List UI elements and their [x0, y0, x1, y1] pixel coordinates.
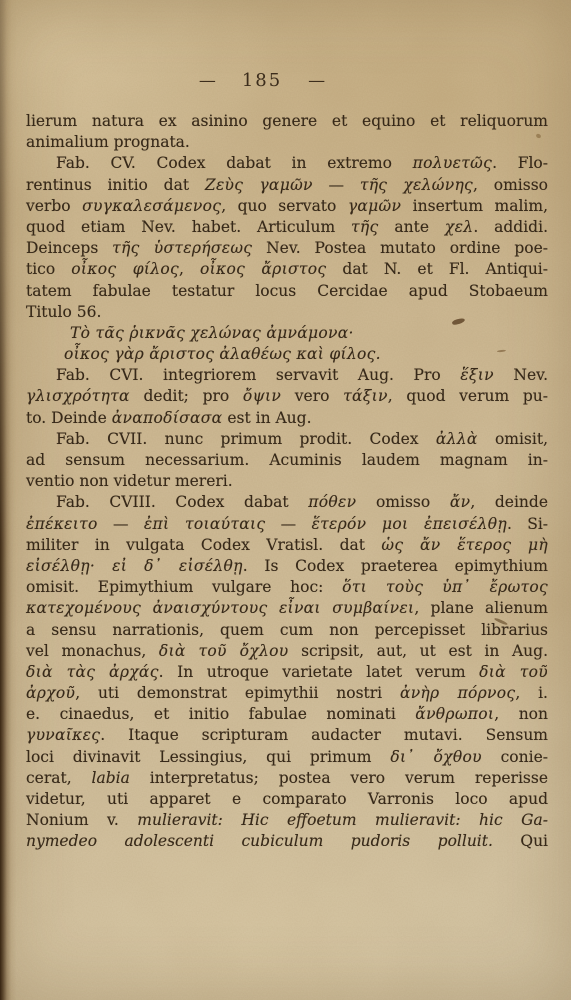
latin-text-run: Qui — [493, 832, 548, 850]
greek-text-run: κατεχομένους ἀναισχύντους εἶναι συμβαίνε… — [26, 599, 414, 617]
greek-text-run: ἀνὴρ πόρνος — [400, 684, 515, 702]
latin-text-run: , quod verum pu- — [388, 387, 548, 405]
greek-text-run: οἶκος γὰρ ἄριστος ἀλαθέως καὶ φίλος. — [64, 345, 381, 363]
italic-text-run: labia — [92, 769, 130, 787]
latin-text-run: vel monachus, — [26, 642, 159, 660]
greek-text-run: δι᾽ ὄχθου — [390, 748, 481, 766]
latin-text-run: ventio non videtur mereri. — [26, 472, 233, 490]
greek-text-run: γλισχρότητα — [26, 387, 130, 405]
latin-text-run: e. cinaedus, et initio fabulae nominati — [26, 705, 415, 723]
latin-text-run: , i. — [515, 684, 548, 702]
latin-text-run: cerat, — [26, 769, 92, 787]
latin-text-run: verbo — [26, 197, 82, 215]
text-line: quod etiam Nev. habet. Articulum τῆς ant… — [26, 217, 548, 238]
latin-text-run: tatem fabulae testatur locus Cercidae ap… — [26, 282, 548, 300]
italic-text-run: mulieravit: Hic effoetum mulieravit: hic… — [137, 811, 548, 829]
latin-text-run: conie- — [482, 748, 548, 766]
italic-text-run: nymedeo adolescenti cubiculum pudoris po… — [26, 832, 493, 850]
latin-text-run: . Si- — [507, 515, 548, 533]
greek-text-run: ἄνθρωποι — [415, 705, 494, 723]
text-line: Deinceps τῆς ὑστερήσεως Nev. Postea muta… — [26, 238, 548, 259]
latin-text-run: , quo servato — [221, 197, 348, 215]
text-line: Fab. CV. Codex dabat in extremo πολυετῶς… — [26, 153, 548, 174]
latin-text-run: — — [265, 515, 311, 533]
text-line: Fab. CVIII. Codex dabat πόθεν omisso ἄν,… — [26, 492, 548, 513]
latin-text-run: , deinde — [470, 493, 548, 511]
greek-text-run: ὄψιν — [243, 387, 281, 405]
greek-text-run: οἶκος ἄριστος — [200, 260, 326, 278]
latin-text-run: omisit, — [478, 430, 548, 448]
latin-text-run: , non — [494, 705, 548, 723]
latin-text-run: Fab. CVI. integriorem servavit Aug. Pro — [56, 366, 460, 384]
text-line: tico οἶκος φίλος, οἶκος ἄριστος dat N. e… — [26, 259, 548, 280]
greek-text-run: πολυετῶς — [413, 154, 492, 172]
latin-text-run: , omisso — [473, 176, 548, 194]
greek-text-run: τῆς — [351, 218, 378, 236]
text-line: ad sensum necessarium. Acuminis laudem m… — [26, 450, 548, 471]
text-line: Titulo 56. — [26, 302, 548, 323]
text-line: videtur, uti apparet e comparato Varroni… — [26, 789, 548, 810]
latin-text-run: tico — [26, 260, 71, 278]
text-line: omisit. Epimythium vulgare hoc: ὅτι τοὺς… — [26, 577, 548, 598]
latin-text-run: , uti demonstrat epimythii nostri — [75, 684, 400, 702]
latin-text-run: lierum natura ex asinino genere et equin… — [26, 112, 548, 130]
text-block: lierum natura ex asinino genere et equin… — [26, 111, 548, 853]
greek-text-run: ἕτερόν μοι ἐπεισέλθῃ — [312, 515, 507, 533]
text-line: Fab. CVII. nunc primum prodit. Codex ἀλλ… — [26, 429, 548, 450]
book-binding-edge — [0, 0, 16, 1000]
latin-text-run: videtur, uti apparet e comparato Varroni… — [26, 790, 548, 808]
latin-text-run: — — [98, 515, 144, 533]
greek-text-run: διὰ τοῦ ὄχλου — [159, 642, 289, 660]
text-line: loci divinavit Lessingius, qui primum δι… — [26, 747, 548, 768]
latin-text-run: Nev. — [494, 366, 548, 384]
header-right-dash: — — [308, 71, 325, 91]
latin-text-run: quod etiam Nev. habet. Articulum — [26, 218, 351, 236]
greek-text-run: εἰσέλθῃ· εἰ δ᾽ εἰσέλθῃ — [26, 557, 243, 575]
latin-text-run: omisit. Epimythium vulgare hoc: — [26, 578, 342, 596]
latin-text-run: interpretatus; postea vero verum reperis… — [130, 769, 548, 787]
text-line: vel monachus, διὰ τοῦ ὄχλου scripsit, au… — [26, 641, 548, 662]
latin-text-run: . Is Codex praeterea epimythium — [243, 557, 548, 575]
greek-text-run: τάξιν — [343, 387, 388, 405]
latin-text-run: Fab. CV. Codex dabat in extremo — [56, 154, 413, 172]
latin-text-run: Fab. CVII. nunc primum prodit. Codex — [56, 430, 436, 448]
latin-text-run: ad sensum necessarium. Acuminis laudem m… — [26, 451, 548, 469]
page-header: — 185 — — [26, 70, 498, 91]
text-line: ἐπέκειτο — ἐπὶ τοιαύταις — ἕτερόν μοι ἐπ… — [26, 514, 548, 535]
latin-text-run: scripsit, aut, ut est in Aug. — [288, 642, 548, 660]
greek-text-run: πόθεν — [308, 493, 356, 511]
greek-text-run: ὅτι τοὺς ὑπ᾽ ἔρωτος — [342, 578, 548, 596]
latin-text-run: loci divinavit Lessingius, qui primum — [26, 748, 390, 766]
header-left-dash: — — [199, 71, 216, 91]
greek-text-run: τῆς ὑστερήσεως — [112, 239, 252, 257]
latin-text-run: omisso — [356, 493, 449, 511]
greek-text-run: ἀρχοῦ — [26, 684, 75, 702]
page-number: 185 — [242, 70, 282, 91]
text-line: Fab. CVI. integriorem servavit Aug. Pro … — [26, 365, 548, 386]
text-line: εἰσέλθῃ· εἰ δ᾽ εἰσέλθῃ. Is Codex praeter… — [26, 556, 548, 577]
latin-text-run: Titulo 56. — [26, 303, 101, 321]
latin-text-run: Nev. Postea mutato ordine poe- — [252, 239, 548, 257]
text-line: to. Deinde ἀναποδίσασα est in Aug. — [26, 408, 548, 429]
greek-text-run: ἐπέκειτο — [26, 515, 98, 533]
latin-text-run: est in Aug. — [222, 409, 311, 427]
text-line: Τὸ τᾶς ῥικνᾶς χελώνας ἀμνάμονα· — [26, 323, 548, 344]
text-line: e. cinaedus, et initio fabulae nominati … — [26, 704, 548, 725]
latin-text-run: , plane alienum — [414, 599, 548, 617]
text-line: κατεχομένους ἀναισχύντους εἶναι συμβαίνε… — [26, 598, 548, 619]
text-line: tatem fabulae testatur locus Cercidae ap… — [26, 281, 548, 302]
latin-text-run: militer in vulgata Codex Vratisl. dat — [26, 536, 381, 554]
latin-text-run: vero — [281, 387, 343, 405]
latin-text-run: rentinus initio dat — [26, 176, 205, 194]
text-line: Nonium v. mulieravit: Hic effoetum mulie… — [26, 810, 548, 831]
latin-text-run: dedit; pro — [130, 387, 243, 405]
latin-text-run: Fab. CVIII. Codex dabat — [56, 493, 308, 511]
latin-text-run: . addidi. — [473, 218, 548, 236]
greek-text-run: Τὸ τᾶς ῥικνᾶς χελώνας ἀμνάμονα· — [70, 324, 354, 342]
greek-text-run: ἀλλὰ — [436, 430, 478, 448]
text-line: ventio non videtur mereri. — [26, 471, 548, 492]
latin-text-run: ante — [378, 218, 444, 236]
text-line: rentinus initio dat Ζεὺς γαμῶν — τῆς χελ… — [26, 175, 548, 196]
greek-text-run: οἶκος φίλος — [71, 260, 179, 278]
text-line: animalium prognata. — [26, 132, 548, 153]
latin-text-run: Nonium v. — [26, 811, 137, 829]
text-line: οἶκος γὰρ ἄριστος ἀλαθέως καὶ φίλος. — [26, 344, 548, 365]
greek-text-run: ἕξιν — [460, 366, 494, 384]
greek-text-run: τῆς χελώνης — [360, 176, 473, 194]
greek-text-run: Ζεὺς γαμῶν — [205, 176, 313, 194]
latin-text-run: a sensu narrationis, quem cum non percep… — [26, 621, 548, 639]
text-line: nymedeo adolescenti cubiculum pudoris po… — [26, 831, 548, 852]
text-line: cerat, labia interpretatus; postea vero … — [26, 768, 548, 789]
greek-text-run: ἄν — [450, 493, 471, 511]
text-line: γυναῖκες. Itaque scripturam audacter mut… — [26, 725, 548, 746]
text-line: verbo συγκαλεσάμενος, quo servato γαμῶν … — [26, 196, 548, 217]
greek-text-run: ὡς ἄν ἕτερος μὴ — [381, 536, 548, 554]
latin-text-run: insertum malim, — [401, 197, 548, 215]
scanned-book-page: — 185 — lierum natura ex asinino genere … — [0, 0, 571, 1000]
text-line: διὰ τὰς ἀρχάς. In utroque varietate late… — [26, 662, 548, 683]
latin-text-run: Deinceps — [26, 239, 112, 257]
greek-text-run: γυναῖκες — [26, 726, 100, 744]
greek-text-run: χελ — [445, 218, 473, 236]
latin-text-run: dat N. et Fl. Antiqui- — [326, 260, 548, 278]
latin-text-run: — — [313, 176, 360, 194]
latin-text-run: animalium prognata. — [26, 133, 190, 151]
greek-text-run: γαμῶν — [348, 197, 401, 215]
greek-text-run: διὰ τὰς ἀρχάς — [26, 663, 159, 681]
text-line: militer in vulgata Codex Vratisl. dat ὡς… — [26, 535, 548, 556]
greek-text-run: συγκαλεσάμενος — [82, 197, 221, 215]
latin-text-run: . Flo- — [492, 154, 548, 172]
latin-text-run: . In utroque varietate latet verum — [159, 663, 479, 681]
greek-text-run: διὰ τοῦ — [479, 663, 548, 681]
text-line: lierum natura ex asinino genere et equin… — [26, 111, 548, 132]
text-line: γλισχρότητα dedit; pro ὄψιν vero τάξιν, … — [26, 386, 548, 407]
text-line: a sensu narrationis, quem cum non percep… — [26, 620, 548, 641]
latin-text-run: , — [179, 260, 200, 278]
text-line: ἀρχοῦ, uti demonstrat epimythii nostri ἀ… — [26, 683, 548, 704]
greek-text-run: ἀναποδίσασα — [112, 409, 223, 427]
latin-text-run: . Itaque scripturam audacter mutavi. Sen… — [100, 726, 548, 744]
latin-text-run: to. Deinde — [26, 409, 112, 427]
greek-text-run: ἐπὶ τοιαύταις — [144, 515, 265, 533]
